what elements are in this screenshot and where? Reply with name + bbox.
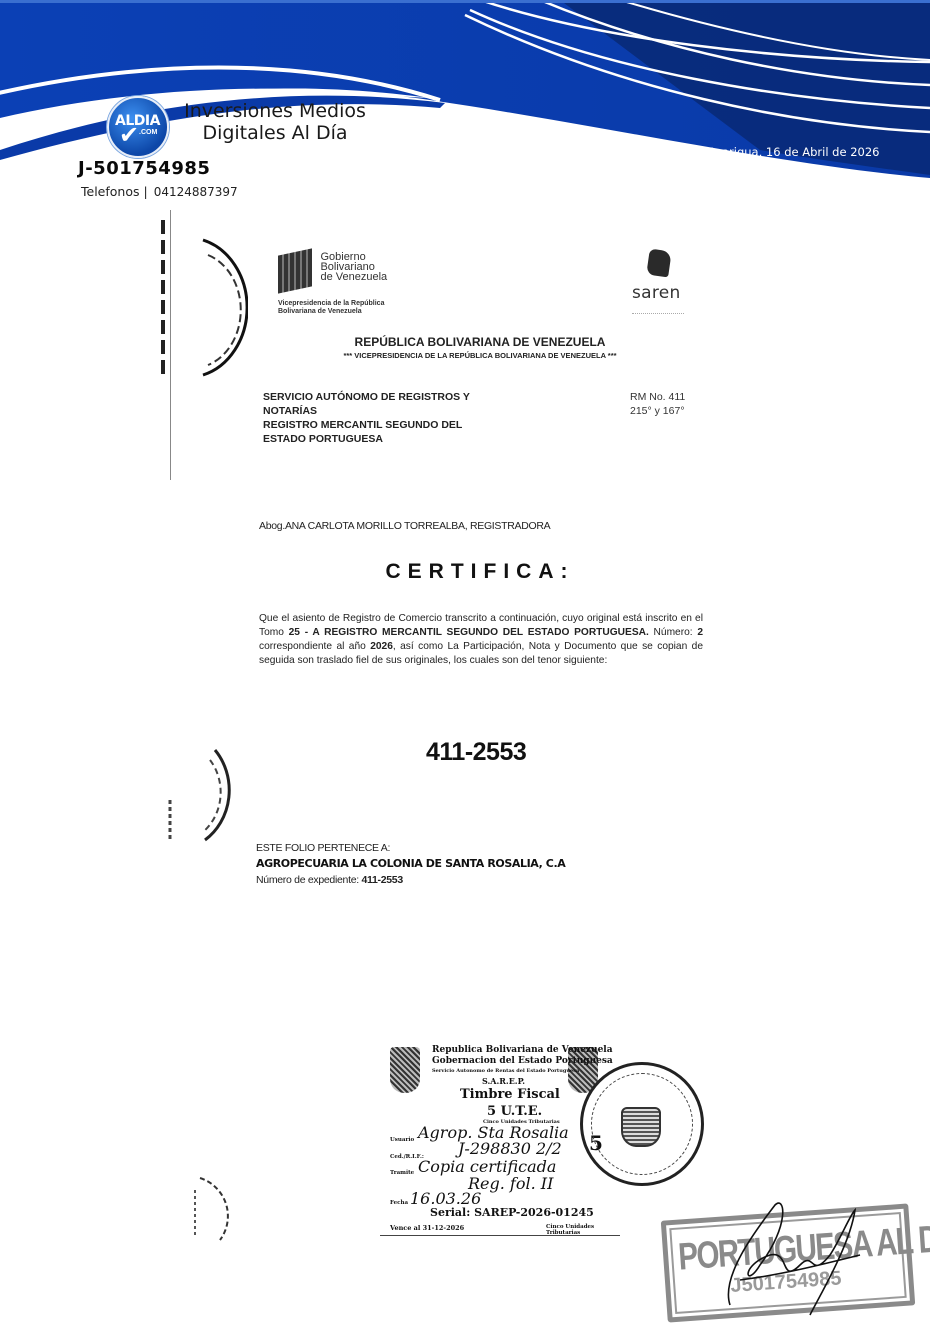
saren-subtitle (632, 305, 684, 314)
signature (700, 1195, 870, 1320)
folio-label: ESTE FOLIO PERTENECE A: (256, 842, 390, 854)
gov-logo-line3: de Venezuela (320, 272, 387, 282)
body-text-2: Número: (649, 627, 698, 638)
saren-logo: saren (632, 283, 681, 303)
republic-subtitle: *** VICEPRESIDENCIA DE LA REPÚBLICA BOLI… (260, 351, 700, 360)
fecha-label: Fecha (390, 1200, 408, 1206)
phone-label: Telefonos | (81, 184, 148, 199)
expediente-line: Número de expediente: 411-2553 (256, 874, 403, 886)
expediente-label: Número de expediente: (256, 874, 361, 886)
partial-seal-bottom (190, 1170, 235, 1250)
gobierno-bolivariano-logo: Gobierno Bolivariano de Venezuela (278, 252, 387, 290)
certification-body: Que el asiento de Registro de Comercio t… (259, 612, 703, 668)
service-line: NOTARÍAS (263, 404, 470, 418)
phone-row: Telefonos |04124887397 (81, 184, 238, 199)
republic-title: REPÚBLICA BOLIVARIANA DE VENEZUELA (260, 335, 700, 349)
rm-years: 215° y 167° (630, 404, 685, 418)
usuario-label: Usuario (390, 1137, 414, 1143)
gov-sub-line2: Bolivariana de Venezuela (278, 308, 384, 316)
gov-logo-text: Gobierno Bolivariano de Venezuela (320, 252, 387, 282)
registry-round-seal: 5 (580, 1062, 704, 1186)
stamp-line4: S.A.R.E.P. (482, 1076, 525, 1086)
phone-number: 04124887397 (154, 185, 238, 199)
gov-sub-line1: Vicepresidencia de la República (278, 300, 384, 308)
body-tomo: 25 - A REGISTRO MERCANTIL SEGUNDO DEL ES… (289, 627, 649, 638)
rif-value: J-298830 2/2 (458, 1139, 562, 1158)
company-name-line2: Digitales Al Día (170, 122, 380, 144)
body-anio: 2026 (370, 641, 393, 652)
service-block: SERVICIO AUTÓNOMO DE REGISTROS Y NOTARÍA… (263, 390, 470, 446)
expediente-value: 411-2553 (361, 874, 402, 886)
registrar-name: Abog.ANA CARLOTA MORILLO TORREALBA, REGI… (259, 520, 550, 532)
flag-icon (278, 248, 312, 293)
service-line: REGISTRO MERCANTIL SEGUNDO DEL (263, 418, 470, 432)
logo-sub-text: .COM (139, 129, 157, 136)
coat-of-arms-icon (621, 1107, 661, 1147)
body-numero: 2 (697, 627, 703, 638)
crest-icon (390, 1047, 420, 1093)
service-line: SERVICIO AUTÓNOMO DE REGISTROS Y (263, 390, 470, 404)
stamp-expiry: Vence al 31-12-2026 (390, 1224, 464, 1232)
stamp-value: 5 U.T.E. (487, 1104, 542, 1119)
company-name: Inversiones Medios Digitales Al Día (170, 100, 380, 144)
stamp-line2: Gobernacion del Estado Portuguesa (432, 1056, 613, 1066)
partial-seal-top (158, 215, 248, 385)
tramite-label: Tramite (390, 1170, 414, 1176)
stamp-bottom-line (380, 1235, 620, 1236)
certifica-heading: CERTIFICA: (260, 560, 700, 584)
saren-bird-icon (646, 249, 671, 278)
company-rif: J-501754985 (78, 158, 210, 179)
partial-seal-middle (165, 740, 250, 850)
service-line: ESTADO PORTUGUESA (263, 432, 470, 446)
stamp-line3: Servicio Autonomo de Rentas del Estado P… (432, 1068, 579, 1074)
checkmark-icon: ✔ (119, 124, 139, 148)
stamp-title: Timbre Fiscal (460, 1087, 560, 1102)
company-name-folio: AGROPECUARIA LA COLONIA DE SANTA ROSALIA… (256, 857, 565, 870)
expediente-number-large: 411-2553 (426, 738, 526, 767)
gov-logo-subtitle: Vicepresidencia de la República Bolivari… (278, 300, 384, 316)
stamp-line1: Republica Bolivariana de Venezuela (432, 1045, 613, 1055)
stamp-serial: Serial: SAREP-2026-01245 (430, 1206, 594, 1219)
body-text-3: correspondiente al año (259, 641, 370, 652)
company-name-line1: Inversiones Medios (170, 100, 380, 122)
letter-date: Acarigua, 16 de Abril de 2026 (708, 145, 879, 159)
rm-number: RM No. 411 (630, 390, 685, 404)
rm-block: RM No. 411 215° y 167° (630, 390, 685, 418)
aldia-logo: ALDIA ✔ .COM (107, 96, 169, 158)
round-seal-value: 5 (589, 1131, 603, 1155)
